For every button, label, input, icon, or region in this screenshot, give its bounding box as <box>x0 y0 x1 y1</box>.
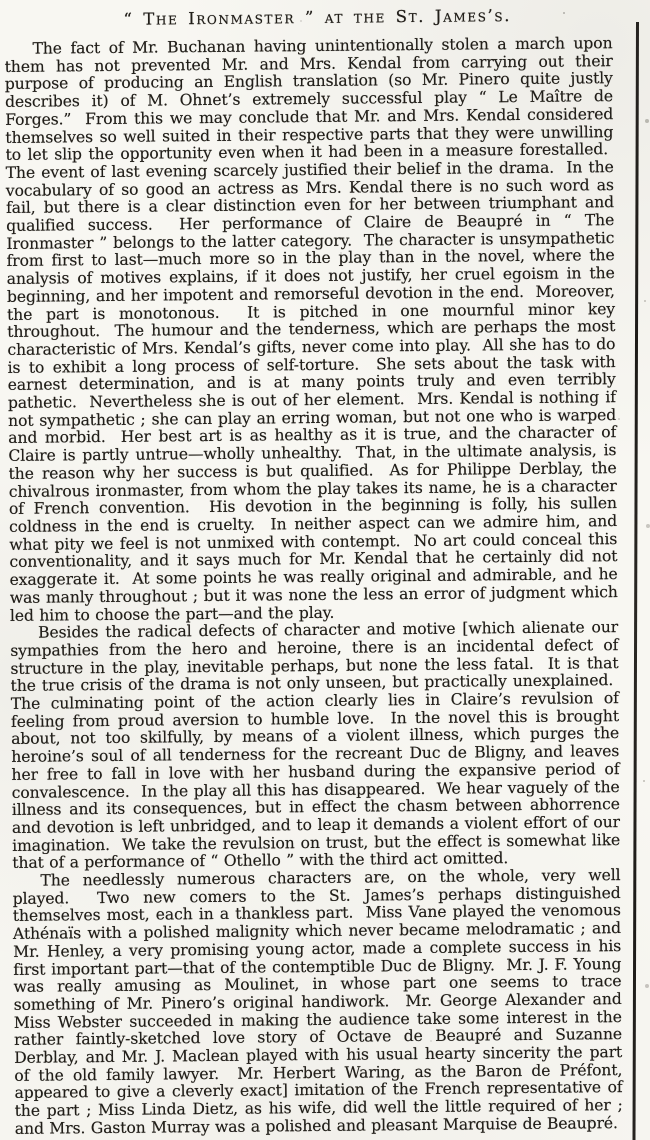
column-divider-rule <box>632 22 638 1140</box>
article-paragraph-3: The needlessly numerous characters are, … <box>12 867 623 1138</box>
newspaper-scan-page: “ The Ironmaster ” at the St. James’s. T… <box>0 0 650 1140</box>
article-paragraph-2: Besides the radical defects of character… <box>10 619 620 873</box>
article-paragraph-1: The fact of Mr. Buchanan having unintent… <box>4 35 618 625</box>
article-column: “ The Ironmaster ” at the St. James’s. T… <box>4 3 623 1138</box>
article-headline: “ The Ironmaster ” at the St. James’s. <box>22 5 612 30</box>
